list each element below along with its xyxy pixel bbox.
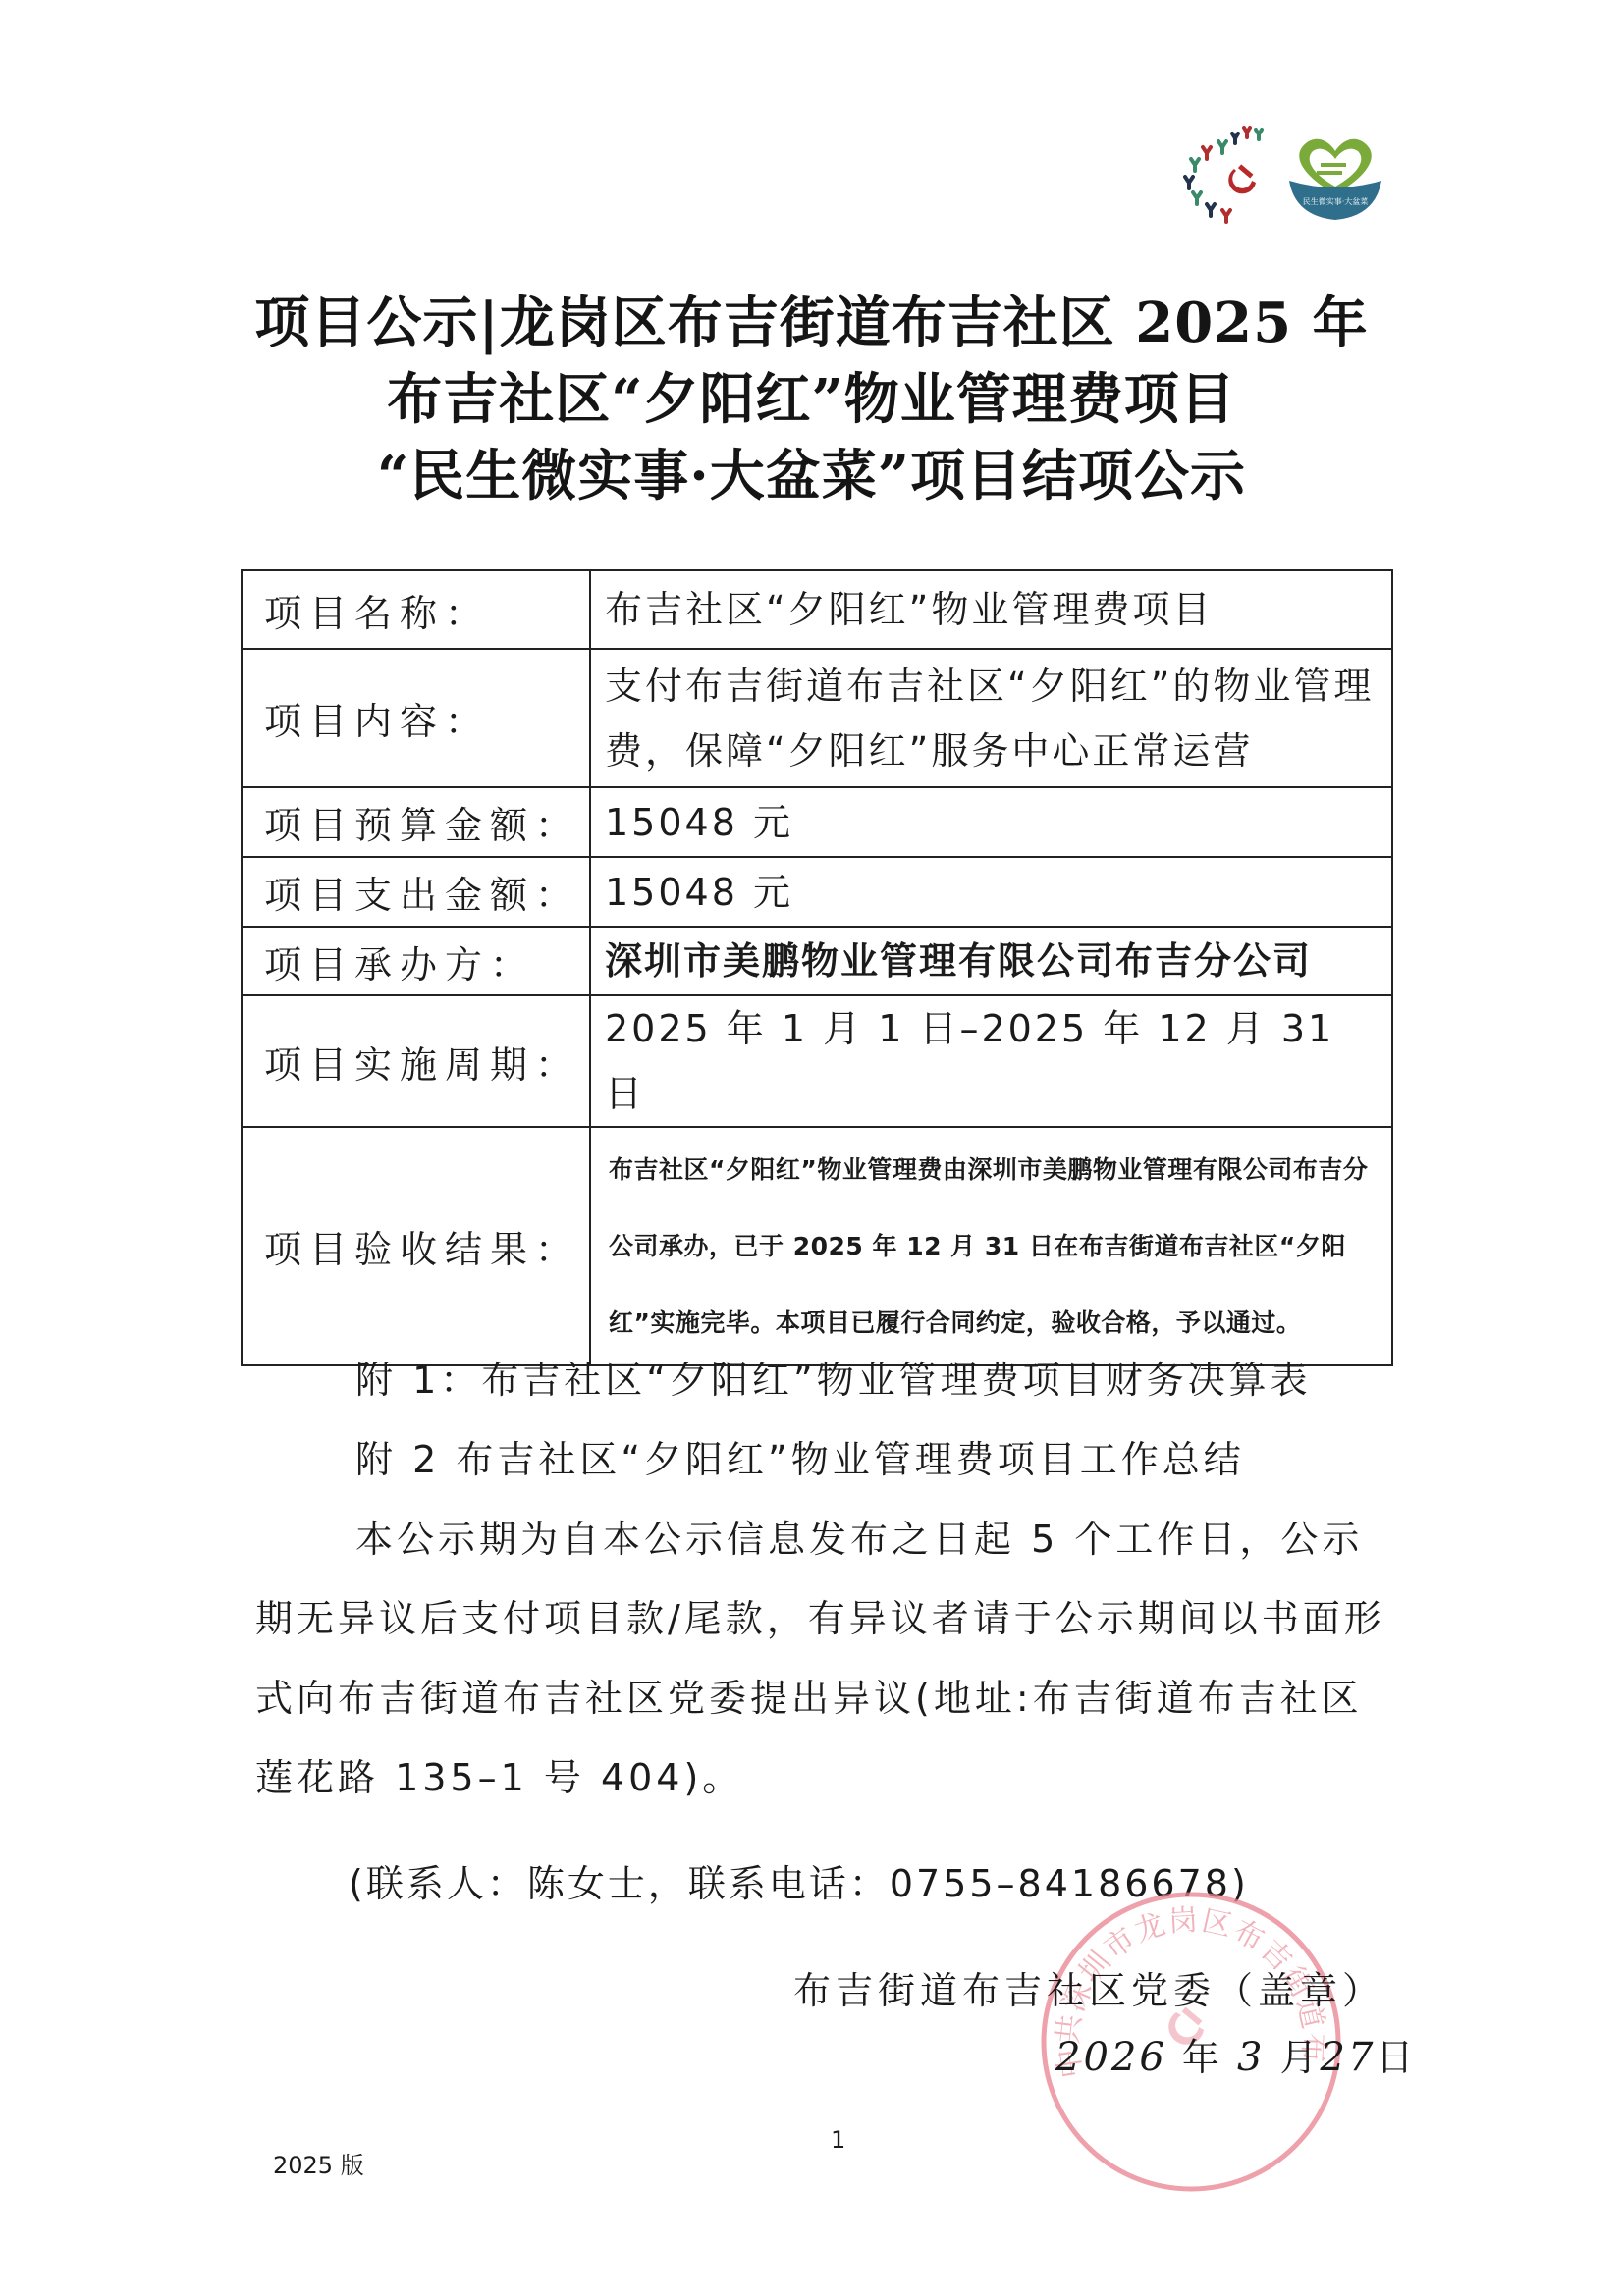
table-row-period: 项目实施周期： 2025 年 1 月 1 日–2025 年 12 月 31 日 [242, 995, 1392, 1127]
attachments-list: 附 1：布吉社区“夕阳红”物业管理费项目财务决算表 附 2 布吉社区“夕阳红”物… [255, 1341, 1394, 1500]
date-month: 3 [1237, 2035, 1265, 2080]
title-line-3: “民生微实事·大盆菜”项目结项公示 [147, 438, 1476, 514]
row-label: 项目承办方： [242, 927, 590, 995]
row-value: 布吉社区“夕阳红”物业管理费由深圳市美鹏物业管理有限公司布吉分公司承办，已于 2… [590, 1127, 1392, 1365]
document-title: 项目公示|龙岗区布吉街道布吉社区 2025 年 布吉社区“夕阳红”物业管理费项目… [147, 285, 1476, 514]
table-row-acceptance-result: 项目验收结果： 布吉社区“夕阳红”物业管理费由深圳市美鹏物业管理有限公司布吉分公… [242, 1127, 1392, 1365]
page-number: 1 [831, 2126, 845, 2154]
row-label: 项目支出金额： [242, 857, 590, 927]
issuer-signature: 布吉街道布吉社区党委（盖章） [793, 1960, 1384, 2014]
date-day-unit: 日 [1376, 2036, 1416, 2079]
project-info-table: 项目名称： 布吉社区“夕阳红”物业管理费项目 项目内容： 支付布吉街道布吉社区“… [241, 569, 1393, 1366]
table-row-project-name: 项目名称： 布吉社区“夕阳红”物业管理费项目 [242, 570, 1392, 649]
row-label: 项目验收结果： [242, 1127, 590, 1365]
title-line-2: 布吉社区“夕阳红”物业管理费项目 [147, 361, 1476, 438]
table-row-project-content: 项目内容： 支付布吉街道布吉社区“夕阳红”的物业管理费，保障“夕阳红”服务中心正… [242, 649, 1392, 787]
table-row-expenditure: 项目支出金额： 15048 元 [242, 857, 1392, 927]
row-value: 深圳市美鹏物业管理有限公司布吉分公司 [590, 927, 1392, 995]
attachment-2: 附 2 布吉社区“夕阳红”物业管理费项目工作总结 [255, 1420, 1394, 1500]
row-label: 项目实施周期： [242, 995, 590, 1127]
attachment-1: 附 1：布吉社区“夕阳红”物业管理费项目财务决算表 [255, 1341, 1394, 1420]
party-heart-logo-icon [1173, 118, 1281, 226]
row-value: 15048 元 [590, 857, 1392, 927]
row-value: 支付布吉街道布吉社区“夕阳红”的物业管理费，保障“夕阳红”服务中心正常运营 [590, 649, 1392, 787]
date-day: 27 [1321, 2035, 1377, 2080]
row-label: 项目预算金额： [242, 787, 590, 857]
title-line-1: 项目公示|龙岗区布吉街道布吉社区 2025 年 [147, 285, 1476, 361]
issue-date: 2026 年 3 月27日 [1055, 2027, 1416, 2081]
row-label: 项目名称： [242, 570, 590, 649]
row-value: 15048 元 [590, 787, 1392, 857]
notice-paragraph: 本公示期为自本公示信息发布之日起 5 个工作日，公示期无异议后支付项目款/尾款，… [255, 1500, 1394, 1818]
row-value: 布吉社区“夕阳红”物业管理费项目 [590, 570, 1392, 649]
date-month-unit: 月 [1265, 2036, 1320, 2079]
table-row-budget: 项目预算金额： 15048 元 [242, 787, 1392, 857]
svg-text:民生微实事·大盆菜: 民生微实事·大盆菜 [1303, 196, 1369, 206]
minsheng-program-logo-icon: 民生微实事·大盆菜 [1281, 126, 1389, 224]
footer-version: 2025 版 [273, 2146, 364, 2180]
row-label: 项目内容： [242, 649, 590, 787]
row-value: 2025 年 1 月 1 日–2025 年 12 月 31 日 [590, 995, 1392, 1127]
table-row-contractor: 项目承办方： 深圳市美鹏物业管理有限公司布吉分公司 [242, 927, 1392, 995]
date-year-unit: 年 [1167, 2036, 1237, 2079]
date-year: 2026 [1055, 2035, 1167, 2080]
